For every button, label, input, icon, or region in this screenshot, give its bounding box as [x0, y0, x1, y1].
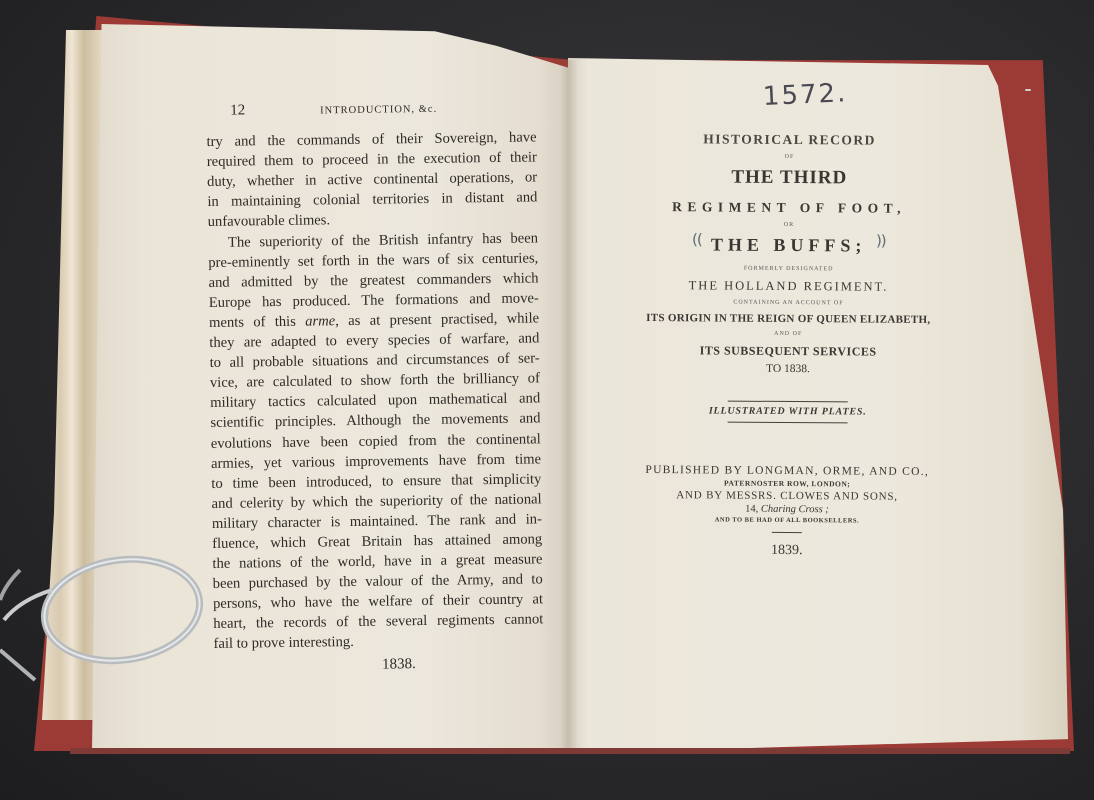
- paragraph-2: The superiority of the British infantry …: [208, 228, 544, 655]
- running-head: 12 INTRODUCTION, &c.: [230, 96, 536, 122]
- title-buffs-text: THE BUFFS;: [711, 234, 867, 255]
- publisher-longman-address: PATERNOSTER ROW, LONDON;: [637, 478, 937, 489]
- containing-account: CONTAINING AN ACCOUNT OF: [638, 299, 938, 307]
- left-page-text: 12 INTRODUCTION, &c. try and the command…: [206, 96, 544, 676]
- cover-bottom-edge: [70, 748, 1070, 754]
- text-line: fail to prove interesting.: [213, 630, 543, 655]
- illustrated-with-plates: ILLUSTRATED WITH PLATES.: [638, 405, 938, 418]
- book-gutter: [560, 60, 578, 750]
- publication-year: 1839.: [637, 542, 937, 560]
- title-the-buffs: (( THE BUFFS; )): [639, 234, 939, 257]
- formerly-designated: FORMERLY DESIGNATED: [639, 265, 939, 273]
- paragraph-1: try and the commands of their Sovereign,…: [206, 127, 537, 232]
- services-line: ITS SUBSEQUENT SERVICES: [638, 343, 938, 360]
- publisher-clowes: AND BY MESSRS. CLOWES AND SONS,: [617, 489, 957, 503]
- running-head-title: INTRODUCTION, &c.: [320, 100, 437, 122]
- dust-speck: [1025, 89, 1031, 91]
- publisher-longman: PUBLISHED BY LONGMAN, ORME, AND CO.,: [597, 464, 977, 479]
- title-of: OF: [639, 153, 939, 161]
- handwritten-open-quote: ((: [692, 230, 702, 248]
- address-number: 14,: [745, 504, 758, 515]
- photo-scene: 12 INTRODUCTION, &c. try and the command…: [0, 0, 1094, 800]
- title-the-third: THE THIRD: [639, 166, 939, 190]
- metal-bookmark-clip: [0, 540, 205, 690]
- title-page: 1572. HISTORICAL RECORD OF THE THIRD REG…: [637, 79, 940, 560]
- handwritten-catalog-number: 1572.: [762, 78, 848, 112]
- handwritten-close-quote: )): [876, 232, 886, 250]
- divider-rule: [728, 401, 848, 403]
- address-street: Charing Cross ;: [761, 504, 829, 515]
- title-historical-record: HISTORICAL RECORD: [640, 131, 940, 149]
- publisher-clowes-address: 14, Charing Cross ;: [637, 503, 937, 516]
- short-divider-rule: [772, 532, 802, 533]
- holland-regiment: THE HOLLAND REGIMENT.: [639, 278, 939, 295]
- page-number: 12: [230, 99, 320, 120]
- origin-line: ITS ORIGIN IN THE REIGN OF QUEEN ELIZABE…: [608, 312, 968, 327]
- and-of: AND OF: [638, 330, 938, 338]
- title-or: OR: [639, 221, 939, 229]
- booksellers-line: AND TO BE HAD OF ALL BOOKSELLERS.: [637, 516, 937, 525]
- title-regiment-of-foot: REGIMENT OF FOOT,: [619, 199, 959, 217]
